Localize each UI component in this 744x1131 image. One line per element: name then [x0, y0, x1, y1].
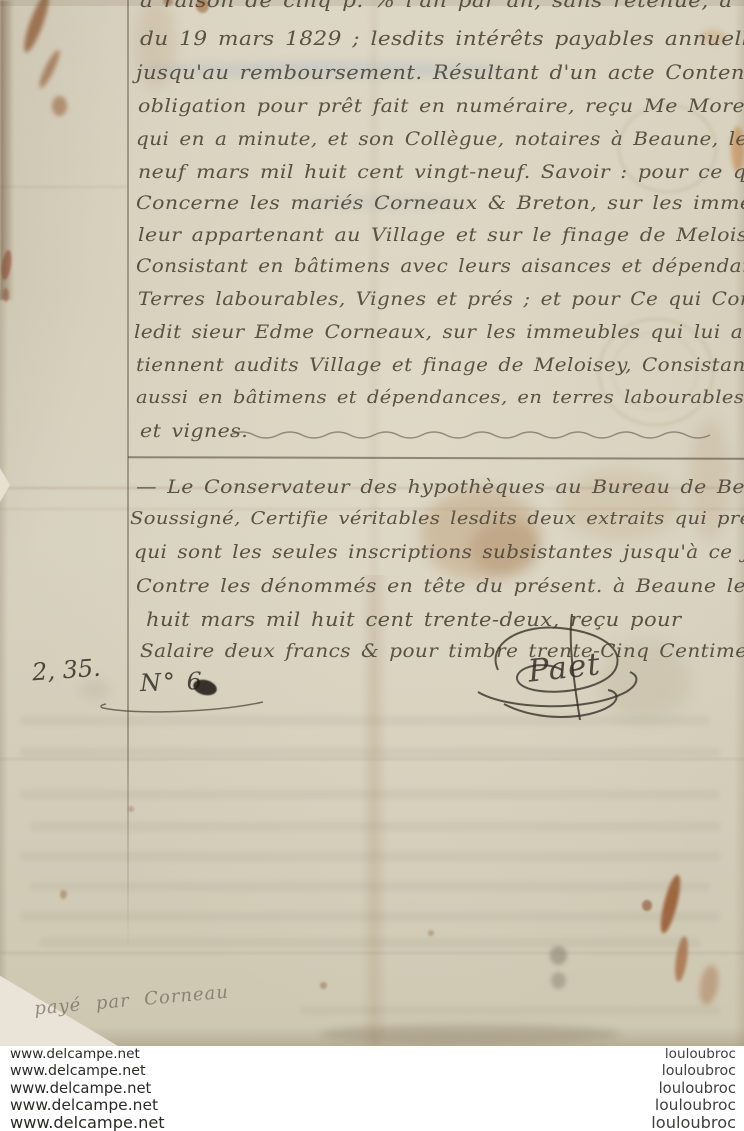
- paper-stain: [36, 48, 63, 90]
- watermark-seller-name: louloubroc: [651, 1063, 736, 1080]
- paper-stain: [20, 0, 53, 54]
- paper-stain: [52, 96, 67, 116]
- paper-stain: [551, 972, 566, 989]
- watermark-url: www.delcampe.net: [10, 1097, 165, 1114]
- paper-stain: [428, 930, 434, 936]
- flourish-filler-line: [228, 426, 723, 442]
- manuscript-line: — Le Conservateur des hypothèques au Bur…: [136, 476, 744, 498]
- footer-handwritten-note: payé par Corneau: [33, 982, 229, 1020]
- manuscript-line: qui sont les seules inscriptions subsist…: [134, 542, 744, 563]
- paper-stain: [642, 900, 652, 911]
- manuscript-line: Terres labourables, Vignes et prés ; et …: [138, 289, 744, 310]
- watermark-url: www.delcampe.net: [10, 1114, 165, 1131]
- watermark-band: www.delcampe.net www.delcampe.net www.de…: [0, 1046, 744, 1131]
- manuscript-line: ledit sieur Edme Corneaux, sur les immeu…: [134, 322, 744, 343]
- margin-fee-note: 2, 35.: [31, 654, 101, 687]
- paper-stain: [80, 680, 110, 700]
- watermark-url: www.delcampe.net: [10, 1063, 165, 1080]
- paper-edge-shadow: [0, 290, 8, 1010]
- scanned-document-photo: à raison de cinq p. % l'an par an, sans …: [0, 0, 744, 1131]
- signature: Paet: [526, 646, 602, 689]
- manuscript-line: obligation pour prêt fait en numéraire, …: [138, 95, 744, 117]
- underline-flourish: [98, 698, 268, 716]
- margin-rule-vertical: [127, 0, 129, 952]
- manuscript-line: Soussigné, Certifie véritables lesdits d…: [130, 508, 744, 529]
- manuscript-line: Contre les dénommés en tête du présent. …: [136, 575, 744, 597]
- document-page: à raison de cinq p. % l'an par an, sans …: [0, 0, 744, 1046]
- manuscript-line: du 19 mars 1829 ; lesdits intérêts payab…: [140, 26, 744, 50]
- manuscript-line: tiennent audits Village et finage de Mel…: [136, 355, 744, 376]
- watermark-seller-name: louloubroc: [651, 1080, 736, 1097]
- manuscript-line: à raison de cinq p. % l'an par an, sans …: [140, 0, 744, 12]
- manuscript-line: jusqu'au remboursement. Résultant d'un a…: [136, 61, 744, 84]
- manuscript-line: Concerne les mariés Corneaux & Breton, s…: [136, 192, 744, 214]
- section-divider: [128, 456, 744, 460]
- watermark-seller-name: louloubroc: [651, 1046, 736, 1063]
- manuscript-line: Consistant en bâtimens avec leurs aisanc…: [136, 256, 744, 277]
- fold-crease-horizontal: [0, 186, 127, 188]
- manuscript-line: qui en a minute, et son Collègue, notair…: [136, 129, 744, 150]
- watermark-right-column: louloubroc louloubroc louloubroc louloub…: [651, 1046, 736, 1131]
- watermark-url: www.delcampe.net: [10, 1046, 165, 1063]
- watermark-seller-name: louloubroc: [651, 1114, 736, 1131]
- paper-edge-shadow: [0, 0, 14, 300]
- paper-stain: [697, 964, 722, 1007]
- watermark-url: www.delcampe.net: [10, 1080, 165, 1097]
- manuscript-line: Salaire deux francs & pour timbre trente…: [140, 641, 744, 662]
- paper-stain: [60, 890, 67, 899]
- paper-stain: [320, 982, 327, 989]
- manuscript-line: leur appartenant au Village et sur le fi…: [138, 224, 744, 246]
- watermark-left-column: www.delcampe.net www.delcampe.net www.de…: [10, 1046, 165, 1131]
- paper-stain: [550, 946, 567, 965]
- watermark-seller-name: louloubroc: [651, 1097, 736, 1114]
- manuscript-line: neuf mars mil huit cent vingt-neuf. Savo…: [138, 161, 744, 183]
- manuscript-line: aussi en bâtimens et dépendances, en ter…: [136, 387, 744, 408]
